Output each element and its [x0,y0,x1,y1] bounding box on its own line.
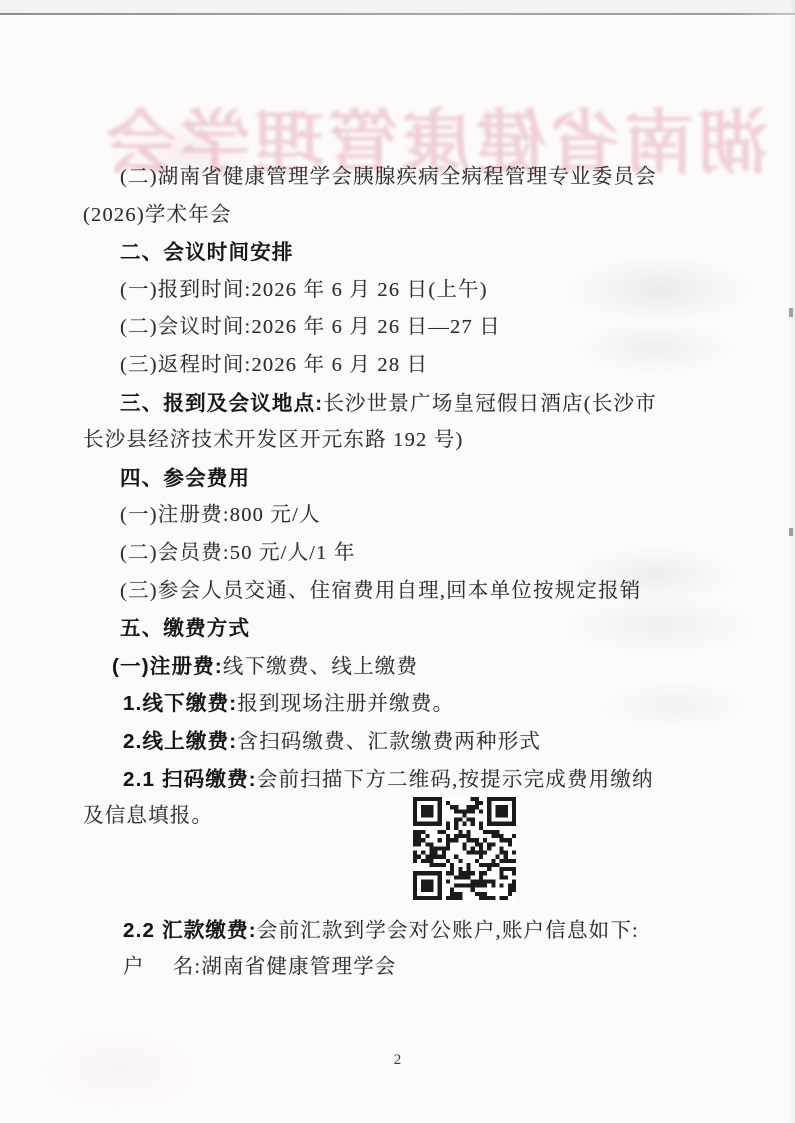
doc-line-16: 2.线上缴费:含扫码缴费、汇款缴费两种形式 [123,723,541,762]
doc-line-14: (一)注册费:线下缴费、线上缴费 [112,648,418,687]
doc-line-17: 2.1 扫码缴费:会前扫描下方二维码,按提示完成费用缴纳 [123,761,654,800]
text-segment: 户 名:湖南省健康管理学会 [123,956,397,978]
text-segment: 报到现场注册并缴费。 [237,693,454,715]
doc-line-12: (三)参会人员交通、住宿费用自理,回本单位按规定报销 [120,573,641,611]
scan-speck [789,528,793,536]
doc-line-3: 二、会议时间安排 [120,234,294,273]
doc-line-1: (二)湖南省健康管理学会胰腺疾病全病程管理专业委员会 [120,159,657,197]
text-segment-bold: (一)注册费: [112,655,223,678]
doc-line-10: (一)注册费:800 元/人 [120,497,321,535]
text-segment: (三)参会人员交通、住宿费用自理,回本单位按规定报销 [120,580,641,602]
text-segment: 线下缴费、线上缴费 [223,656,418,678]
text-segment-bold: 2.线上缴费: [123,730,237,753]
text-segment-bold: 五、缴费方式 [120,617,250,640]
text-segment: 会前汇款到学会对公账户,账户信息如下: [257,920,639,942]
scan-edge-shade [790,0,795,1123]
doc-line-20: 户 名:湖南省健康管理学会 [123,949,397,987]
doc-line-6: (三)返程时间:2026 年 6 月 28 日 [120,347,428,385]
text-segment: (三)返程时间:2026 年 6 月 28 日 [120,354,428,376]
text-segment: (2026)学术年会 [83,204,232,226]
doc-line-15: 1.线下缴费:报到现场注册并缴费。 [123,685,454,724]
doc-line-19: 2.2 汇款缴费:会前汇款到学会对公账户,账户信息如下: [123,912,639,951]
doc-line-4: (一)报到时间:2026 年 6 月 26 日(上午) [120,272,488,310]
text-segment: (二)湖南省健康管理学会胰腺疾病全病程管理专业委员会 [120,166,657,188]
text-segment: (二)会议时间:2026 年 6 月 26 日—27 日 [120,316,501,338]
text-segment-bold: 三、报到及会议地点: [120,392,323,415]
page-number: 2 [0,1052,795,1069]
text-segment-bold: 二、会议时间安排 [120,241,294,264]
scan-speck [789,308,793,317]
text-segment-bold: 1.线下缴费: [123,692,237,715]
doc-line-7: 三、报到及会议地点:长沙世景广场皇冠假日酒店(长沙市 [120,385,657,424]
doc-line-9: 四、参会费用 [120,460,250,499]
doc-line-5: (二)会议时间:2026 年 6 月 26 日—27 日 [120,309,501,347]
text-segment: 含扫码缴费、汇款缴费两种形式 [237,731,541,753]
text-segment: 长沙县经济技术开发区开元东路 192 号) [83,429,464,451]
text-segment-bold: 四、参会费用 [120,467,250,490]
text-segment-bold: 2.2 汇款缴费: [123,919,257,942]
doc-line-11: (二)会员费:50 元/人/1 年 [120,535,356,573]
text-segment: (一)报到时间:2026 年 6 月 26 日(上午) [120,279,488,301]
scanned-page: 湖南省健康管理学会 (二)湖南省健康管理学会胰腺疾病全病程管理专业委员会(202… [0,0,795,1123]
text-segment: 及信息填报。 [83,805,213,827]
text-segment: 长沙世景广场皇冠假日酒店(长沙市 [323,393,657,415]
doc-line-2: (2026)学术年会 [83,197,232,235]
payment-qr-code [413,797,516,900]
doc-line-18: 及信息填报。 [83,798,213,836]
doc-line-13: 五、缴费方式 [120,610,250,649]
document-body: (二)湖南省健康管理学会胰腺疾病全病程管理专业委员会(2026)学术年会二、会议… [83,0,723,1123]
text-segment: 会前扫描下方二维码,按提示完成费用缴纳 [257,769,654,791]
text-segment: (二)会员费:50 元/人/1 年 [120,542,356,564]
text-segment: (一)注册费:800 元/人 [120,504,321,526]
doc-line-8: 长沙县经济技术开发区开元东路 192 号) [83,422,464,460]
text-segment-bold: 2.1 扫码缴费: [123,768,257,791]
